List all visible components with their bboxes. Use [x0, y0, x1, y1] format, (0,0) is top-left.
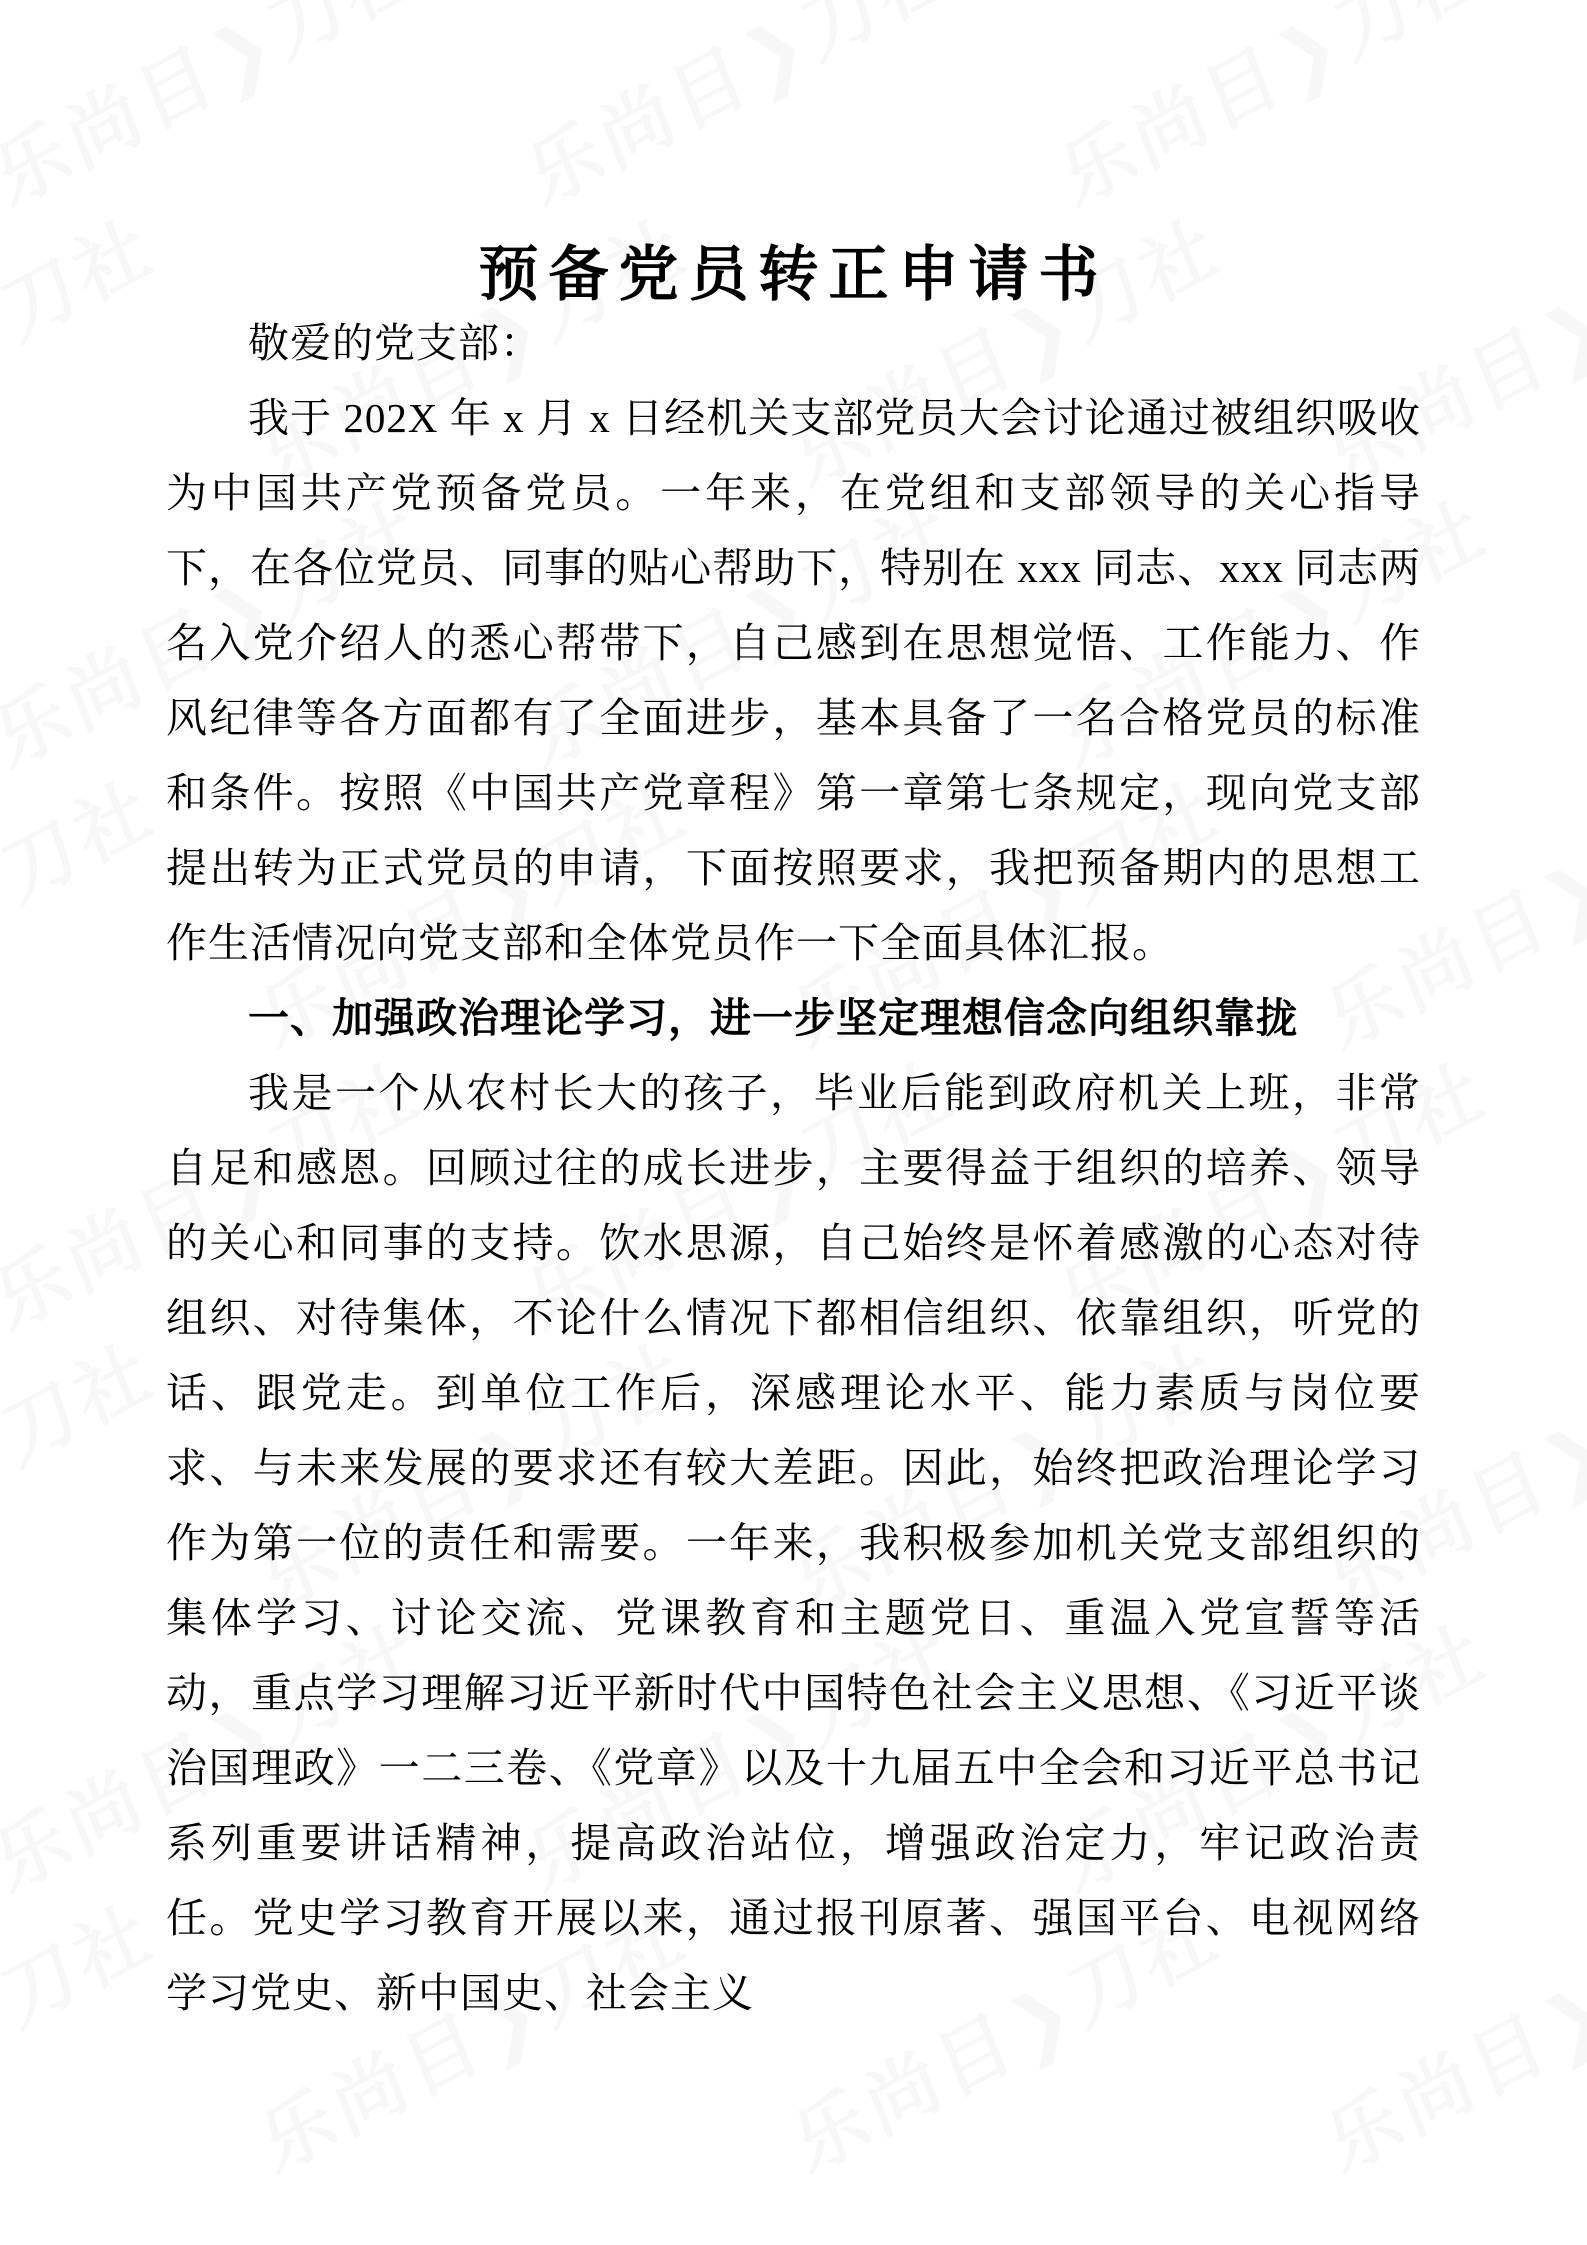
section-heading-1: 一、加强政治理论学习，进一步坚定理想信念向组织靠拢 [166, 981, 1421, 1056]
watermark-text: 乐尚目❯刀社 [0, 1872, 168, 2194]
salutation: 敬爱的党支部： [166, 306, 1421, 381]
document-page: 乐尚目❯刀社乐尚目❯刀社乐尚目❯刀社乐尚目❯刀社乐尚目❯刀社乐尚目❯刀社乐尚目❯… [0, 0, 1587, 2245]
watermark-text: 乐尚目❯刀社 [0, 186, 168, 508]
document-title: 预备党员转正申请书 [166, 0, 1421, 306]
document-text: 敬爱的党支部： 我于 202X 年 x 月 x 日经机关支部党员大会讨论通过被组… [166, 306, 1421, 2031]
watermark-text: 乐尚目❯刀社 [0, 1310, 168, 1632]
paragraph-section-1: 我是一个从农村长大的孩子，毕业后能到政府机关上班，非常自足和感恩。回顾过往的成长… [166, 1056, 1421, 2031]
document-body: 预备党员转正申请书 敬爱的党支部： 我于 202X 年 x 月 x 日经机关支部… [166, 0, 1421, 2031]
watermark-text: 乐尚目❯刀社 [0, 748, 168, 1070]
paragraph-intro: 我于 202X 年 x 月 x 日经机关支部党员大会讨论通过被组织吸收为中国共产… [166, 381, 1421, 981]
